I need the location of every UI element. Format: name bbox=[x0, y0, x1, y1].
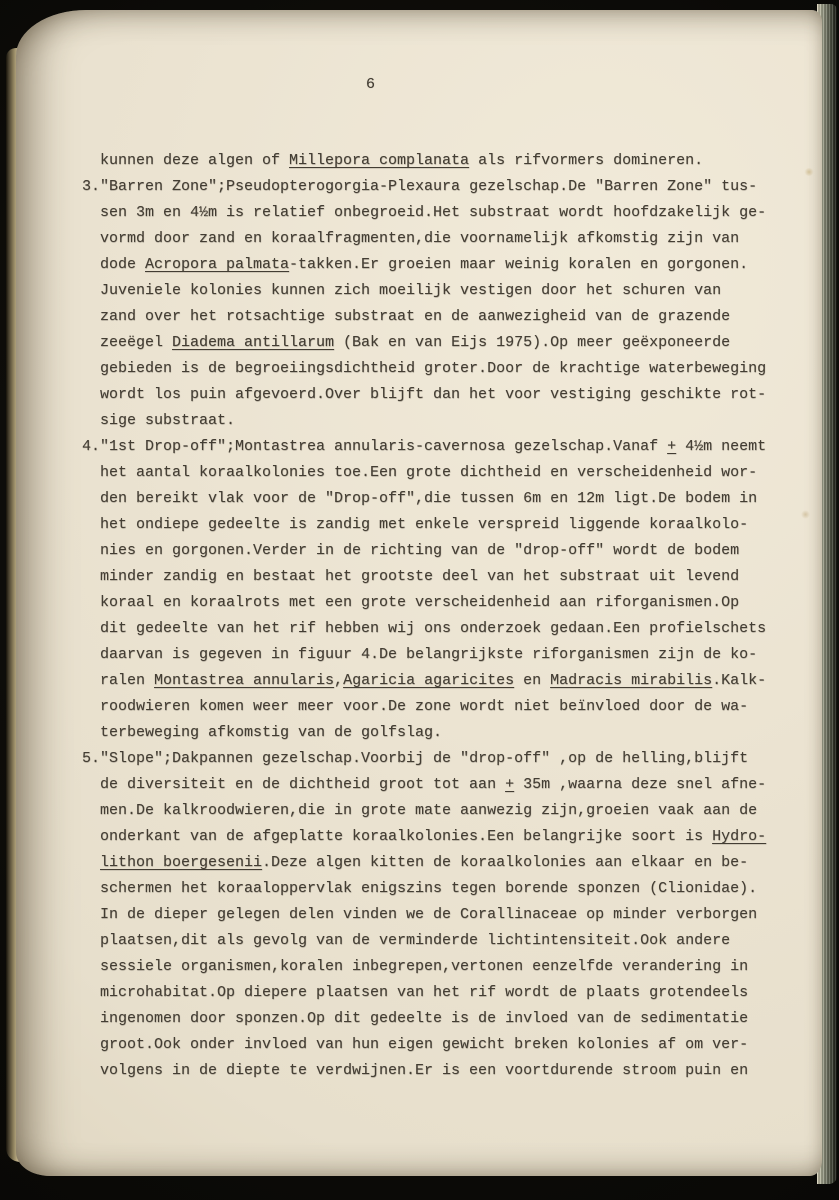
text-run: het ondiepe gedeelte is zandig met enkel… bbox=[100, 516, 748, 533]
text-line: koraal en koraalrots met een grote versc… bbox=[100, 590, 804, 616]
text-run: (Bak en van Eijs 1975).Op meer geëxponee… bbox=[334, 334, 730, 351]
underlined-term: Millepora complanata bbox=[289, 152, 469, 169]
text-run: schermen het koraaloppervlak enigszins t… bbox=[100, 880, 757, 897]
text-run: het aantal koraalkolonies toe.Een grote … bbox=[100, 464, 757, 481]
text-run: en bbox=[514, 672, 550, 689]
text-line: schermen het koraaloppervlak enigszins t… bbox=[100, 876, 804, 902]
text-line: 5."Slope";Dakpannen gezelschap.Voorbij d… bbox=[82, 746, 804, 772]
text-run: onderkant van de afgeplatte koraalkoloni… bbox=[100, 828, 712, 845]
text-line: onderkant van de afgeplatte koraalkoloni… bbox=[100, 824, 804, 850]
text-run: koraal en koraalrots met een grote versc… bbox=[100, 594, 739, 611]
text-run: als rifvormers domineren. bbox=[469, 152, 703, 169]
text-line: ingenomen door sponzen.Op dit gedeelte i… bbox=[100, 1006, 804, 1032]
text-line: het ondiepe gedeelte is zandig met enkel… bbox=[100, 512, 804, 538]
text-line: 3."Barren Zone";Pseudopterogorgia-Plexau… bbox=[82, 174, 804, 200]
underlined-term: Madracis mirabilis bbox=[550, 672, 712, 689]
text-run: sige substraat. bbox=[100, 412, 235, 429]
underlined-term: Hydro- bbox=[712, 828, 766, 845]
page-number: 6 bbox=[366, 76, 375, 93]
text-line: sessiele organismen,koralen inbegrepen,v… bbox=[100, 954, 804, 980]
text-line: den bereikt vlak voor de "Drop-off",die … bbox=[100, 486, 804, 512]
text-line: microhabitat.Op diepere plaatsen van het… bbox=[100, 980, 804, 1006]
text-run: gebieden is de begroeiingsdichtheid grot… bbox=[100, 360, 766, 377]
underlined-term: lithon boergesenii bbox=[100, 854, 262, 871]
text-line: ralen Montastrea annularis,Agaricia agar… bbox=[100, 668, 804, 694]
text-line: sige substraat. bbox=[100, 408, 804, 434]
text-run: den bereikt vlak voor de "Drop-off",die … bbox=[100, 490, 757, 507]
text-run: kunnen deze algen of bbox=[100, 152, 289, 169]
underlined-term: Agaricia agaricites bbox=[343, 672, 514, 689]
text-run: ralen bbox=[100, 672, 154, 689]
text-line: dode Acropora palmata-takken.Er groeien … bbox=[100, 252, 804, 278]
text-line: minder zandig en bestaat het grootste de… bbox=[100, 564, 804, 590]
text-run: In de dieper gelegen delen vinden we de … bbox=[100, 906, 757, 923]
text-run: de diversiteit en de dichtheid groot tot… bbox=[100, 776, 505, 793]
text-line: roodwieren komen weer meer voor.De zone … bbox=[100, 694, 804, 720]
text-run: 35m ,waarna deze snel afne- bbox=[514, 776, 766, 793]
text-run: dit gedeelte van het rif hebben wij ons … bbox=[100, 620, 766, 637]
text-run: sen 3m en 4½m is relatief onbegroeid.Het… bbox=[100, 204, 766, 221]
text-line: het aantal koraalkolonies toe.Een grote … bbox=[100, 460, 804, 486]
text-line: gebieden is de begroeiingsdichtheid grot… bbox=[100, 356, 804, 382]
text-run: wordt los puin afgevoerd.Over blijft dan… bbox=[100, 386, 766, 403]
text-line: plaatsen,dit als gevolg van de verminder… bbox=[100, 928, 804, 954]
text-line: nies en gorgonen.Verder in de richting v… bbox=[100, 538, 804, 564]
text-run: 4½m neemt bbox=[676, 438, 766, 455]
underlined-term: Montastrea annularis bbox=[154, 672, 334, 689]
text-run: , bbox=[334, 672, 343, 689]
underlined-term: + bbox=[667, 438, 676, 455]
text-line: zand over het rotsachtige substraat en d… bbox=[100, 304, 804, 330]
text-run: plaatsen,dit als gevolg van de verminder… bbox=[100, 932, 730, 949]
text-run: 4."1st Drop-off";Montastrea annularis-ca… bbox=[82, 438, 667, 455]
document-page: 6 kunnen deze algen of Millepora complan… bbox=[16, 10, 822, 1176]
text-line: wordt los puin afgevoerd.Over blijft dan… bbox=[100, 382, 804, 408]
text-line: daarvan is gegeven in figuur 4.De belang… bbox=[100, 642, 804, 668]
text-line: Juveniele kolonies kunnen zich moeilijk … bbox=[100, 278, 804, 304]
text-run: daarvan is gegeven in figuur 4.De belang… bbox=[100, 646, 757, 663]
text-run: minder zandig en bestaat het grootste de… bbox=[100, 568, 739, 585]
text-line: In de dieper gelegen delen vinden we de … bbox=[100, 902, 804, 928]
text-line: volgens in de diepte te verdwijnen.Er is… bbox=[100, 1058, 804, 1084]
text-line: zeeëgel Diadema antillarum (Bak en van E… bbox=[100, 330, 804, 356]
text-run: men.De kalkroodwieren,die in grote mate … bbox=[100, 802, 757, 819]
text-line: terbeweging afkomstig van de golfslag. bbox=[100, 720, 804, 746]
text-line: men.De kalkroodwieren,die in grote mate … bbox=[100, 798, 804, 824]
text-line: 4."1st Drop-off";Montastrea annularis-ca… bbox=[82, 434, 804, 460]
text-run: 5."Slope";Dakpannen gezelschap.Voorbij d… bbox=[82, 750, 748, 767]
text-run: groot.Ook onder invloed van hun eigen ge… bbox=[100, 1036, 748, 1053]
book-photo: 6 kunnen deze algen of Millepora complan… bbox=[0, 0, 839, 1200]
text-run: zeeëgel bbox=[100, 334, 172, 351]
underlined-term: + bbox=[505, 776, 514, 793]
underlined-term: Acropora palmata bbox=[145, 256, 289, 273]
text-line: de diversiteit en de dichtheid groot tot… bbox=[100, 772, 804, 798]
text-run: dode bbox=[100, 256, 145, 273]
text-line: vormd door zand en koraalfragmenten,die … bbox=[100, 226, 804, 252]
text-line: lithon boergesenii.Deze algen kitten de … bbox=[100, 850, 804, 876]
text-run: .Deze algen kitten de koraalkolonies aan… bbox=[262, 854, 748, 871]
text-run: -takken.Er groeien maar weinig koralen e… bbox=[289, 256, 748, 273]
text-line: sen 3m en 4½m is relatief onbegroeid.Het… bbox=[100, 200, 804, 226]
text-line: kunnen deze algen of Millepora complanat… bbox=[100, 148, 804, 174]
text-run: Juveniele kolonies kunnen zich moeilijk … bbox=[100, 282, 721, 299]
text-run: nies en gorgonen.Verder in de richting v… bbox=[100, 542, 739, 559]
text-run: ingenomen door sponzen.Op dit gedeelte i… bbox=[100, 1010, 748, 1027]
text-run: zand over het rotsachtige substraat en d… bbox=[100, 308, 730, 325]
text-block: kunnen deze algen of Millepora complanat… bbox=[82, 148, 804, 1084]
text-run: terbeweging afkomstig van de golfslag. bbox=[100, 724, 442, 741]
text-run: 3."Barren Zone";Pseudopterogorgia-Plexau… bbox=[82, 178, 757, 195]
paper-stain bbox=[804, 168, 814, 176]
text-line: groot.Ook onder invloed van hun eigen ge… bbox=[100, 1032, 804, 1058]
text-run: vormd door zand en koraalfragmenten,die … bbox=[100, 230, 739, 247]
text-line: dit gedeelte van het rif hebben wij ons … bbox=[100, 616, 804, 642]
text-run: microhabitat.Op diepere plaatsen van het… bbox=[100, 984, 748, 1001]
text-run: volgens in de diepte te verdwijnen.Er is… bbox=[100, 1062, 748, 1079]
underlined-term: Diadema antillarum bbox=[172, 334, 334, 351]
text-run: .Kalk- bbox=[712, 672, 766, 689]
text-run: sessiele organismen,koralen inbegrepen,v… bbox=[100, 958, 748, 975]
text-run: roodwieren komen weer meer voor.De zone … bbox=[100, 698, 748, 715]
